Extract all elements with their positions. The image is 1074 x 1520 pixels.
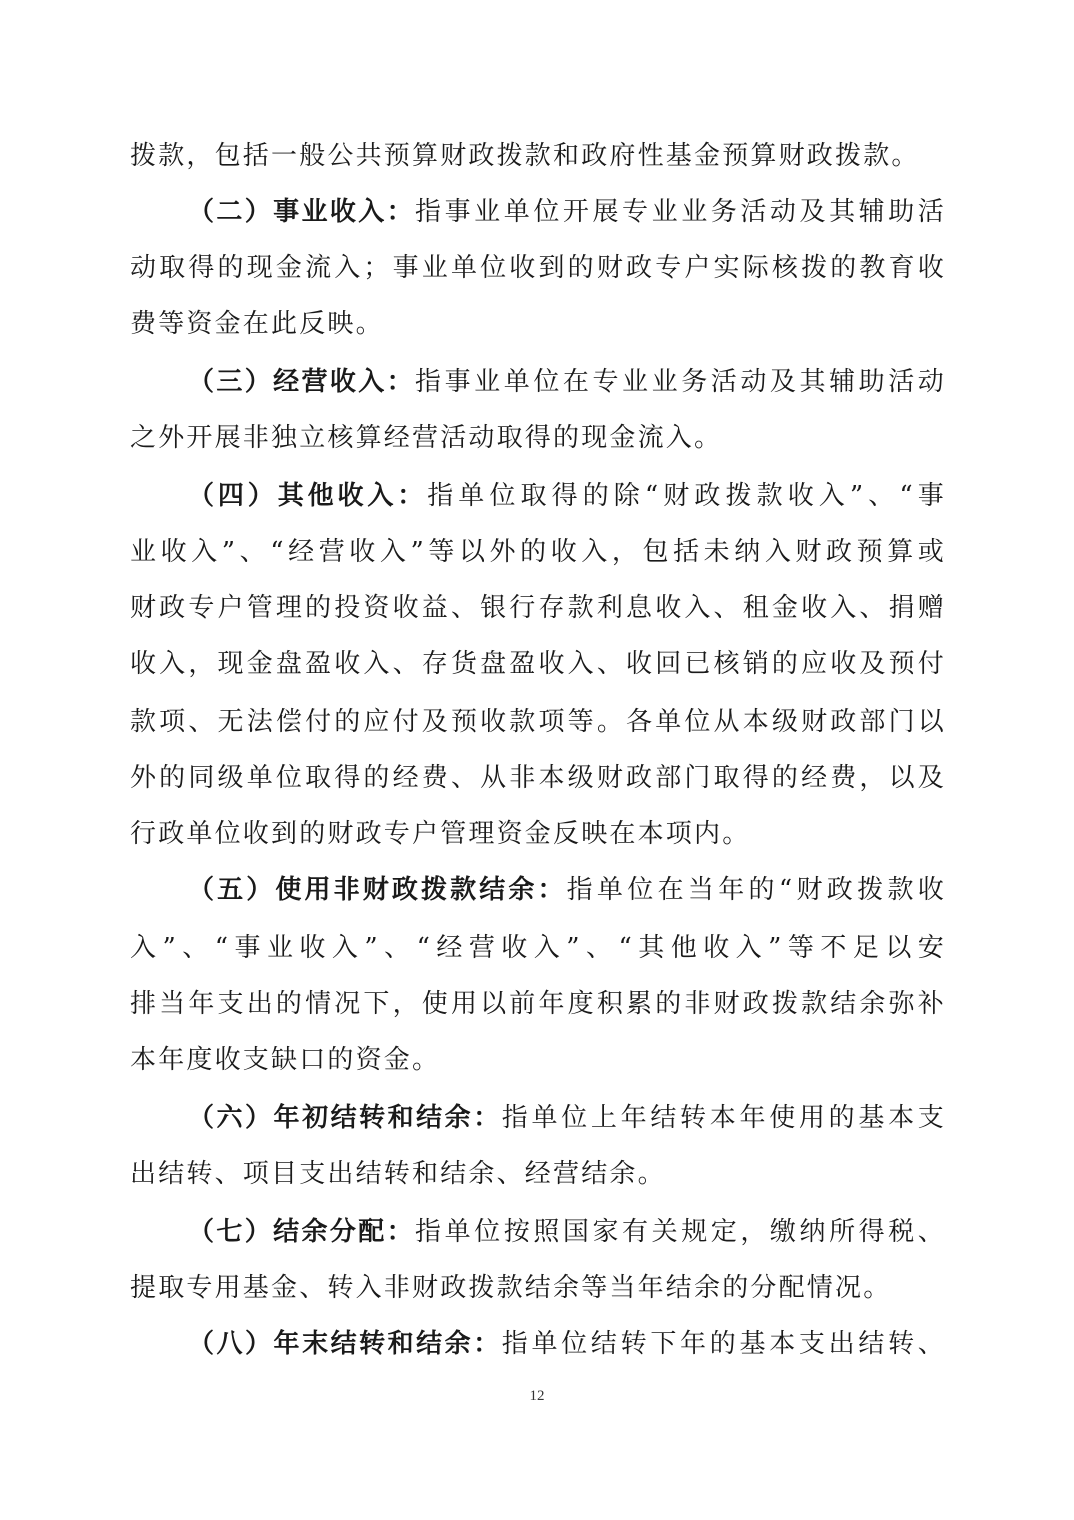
section-heading: （七）结余分配：: [188, 1217, 415, 1247]
body-text: 外的同级单位取得的经费、从非本级财政部门取得的经费，以及: [130, 763, 946, 793]
paragraph-line: 收入，现金盘盈收入、存货盘盈收入、收回已核销的应收及预付: [130, 644, 946, 684]
paragraph-line: 出结转、项目支出结转和结余、经营结余。: [130, 1154, 946, 1194]
paragraph-line: 之外开展非独立核算经营活动取得的现金流入。: [130, 418, 946, 458]
paragraph-line: 款项、无法偿付的应付及预收款项等。各单位从本级财政部门以: [130, 702, 946, 742]
paragraph-line: 提取专用基金、转入非财政拨款结余等当年结余的分配情况。: [130, 1268, 946, 1308]
section-heading: （三）经营收入：: [188, 367, 415, 397]
paragraph-heading-line: （六）年初结转和结余：指单位上年结转本年使用的基本支: [188, 1098, 946, 1138]
body-text: 指单位取得的除“财政拨款收入”、“事: [427, 481, 946, 511]
body-text: 之外开展非独立核算经营活动取得的现金流入。: [130, 423, 722, 453]
section-heading: （五）使用非财政拨款结余：: [188, 875, 567, 905]
section-heading: （六）年初结转和结余：: [188, 1103, 502, 1133]
paragraph-heading-line: （五）使用非财政拨款结余：指单位在当年的“财政拨款收: [188, 870, 946, 910]
paragraph-line: 财政专户管理的投资收益、银行存款利息收入、租金收入、捐赠: [130, 588, 946, 628]
body-text: 出结转、项目支出结转和结余、经营结余。: [130, 1159, 666, 1189]
paragraph-heading-line: （四）其他收入：指单位取得的除“财政拨款收入”、“事: [188, 476, 946, 516]
body-text: 指事业单位开展专业业务活动及其辅助活: [415, 197, 946, 227]
body-text: 行政单位收到的财政专户管理资金反映在本项内。: [130, 819, 750, 849]
body-text: 指单位结转下年的基本支出结转、: [502, 1329, 946, 1359]
paragraph-line: 业收入”、“经营收入”等以外的收入，包括未纳入财政预算或: [130, 532, 946, 572]
body-text: 财政专户管理的投资收益、银行存款利息收入、租金收入、捐赠: [130, 593, 946, 623]
section-heading: （八）年末结转和结余：: [188, 1329, 502, 1359]
paragraph-line: 排当年支出的情况下，使用以前年度积累的非财政拨款结余弥补: [130, 984, 946, 1024]
document-page: 拨款，包括一般公共预算财政拨款和政府性基金预算财政拨款。 （二）事业收入：指事业…: [0, 0, 1074, 1520]
body-text: 指单位在当年的“财政拨款收: [567, 875, 946, 905]
body-text: 款项、无法偿付的应付及预收款项等。各单位从本级财政部门以: [130, 707, 946, 737]
paragraph-line: 费等资金在此反映。: [130, 304, 946, 344]
paragraph-line: 行政单位收到的财政专户管理资金反映在本项内。: [130, 814, 946, 854]
section-heading: （二）事业收入：: [188, 197, 415, 227]
body-text: 入”、“事业收入”、“经营收入”、“其他收入”等不足以安: [130, 933, 946, 963]
body-text: 提取专用基金、转入非财政拨款结余等当年结余的分配情况。: [130, 1273, 891, 1303]
paragraph-line: 外的同级单位取得的经费、从非本级财政部门取得的经费，以及: [130, 758, 946, 798]
page-number: 12: [0, 1388, 1074, 1405]
body-text: 收入，现金盘盈收入、存货盘盈收入、收回已核销的应收及预付: [130, 649, 946, 679]
paragraph-line: 拨款，包括一般公共预算财政拨款和政府性基金预算财政拨款。: [130, 136, 946, 176]
paragraph-heading-line: （二）事业收入：指事业单位开展专业业务活动及其辅助活: [188, 192, 946, 232]
body-text: 费等资金在此反映。: [130, 309, 384, 339]
paragraph-heading-line: （七）结余分配：指单位按照国家有关规定，缴纳所得税、: [188, 1212, 946, 1252]
section-heading: （四）其他收入：: [188, 481, 427, 511]
paragraph-line: 本年度收支缺口的资金。: [130, 1040, 946, 1080]
body-text: 排当年支出的情况下，使用以前年度积累的非财政拨款结余弥补: [130, 989, 946, 1019]
body-text: 动取得的现金流入；事业单位收到的财政专户实际核拨的教育收: [130, 253, 946, 283]
paragraph-line: 动取得的现金流入；事业单位收到的财政专户实际核拨的教育收: [130, 248, 946, 288]
body-text: 指单位上年结转本年使用的基本支: [502, 1103, 946, 1133]
body-text: 指单位按照国家有关规定，缴纳所得税、: [415, 1217, 946, 1247]
paragraph-line: 入”、“事业收入”、“经营收入”、“其他收入”等不足以安: [130, 928, 946, 968]
body-text: 指事业单位在专业业务活动及其辅助活动: [415, 367, 946, 397]
paragraph-heading-line: （八）年末结转和结余：指单位结转下年的基本支出结转、: [188, 1324, 946, 1364]
body-text: 本年度收支缺口的资金。: [130, 1045, 440, 1075]
body-text: 业收入”、“经营收入”等以外的收入，包括未纳入财政预算或: [130, 537, 946, 567]
paragraph-heading-line: （三）经营收入：指事业单位在专业业务活动及其辅助活动: [188, 362, 946, 402]
body-text: 拨款，包括一般公共预算财政拨款和政府性基金预算财政拨款。: [130, 141, 920, 171]
